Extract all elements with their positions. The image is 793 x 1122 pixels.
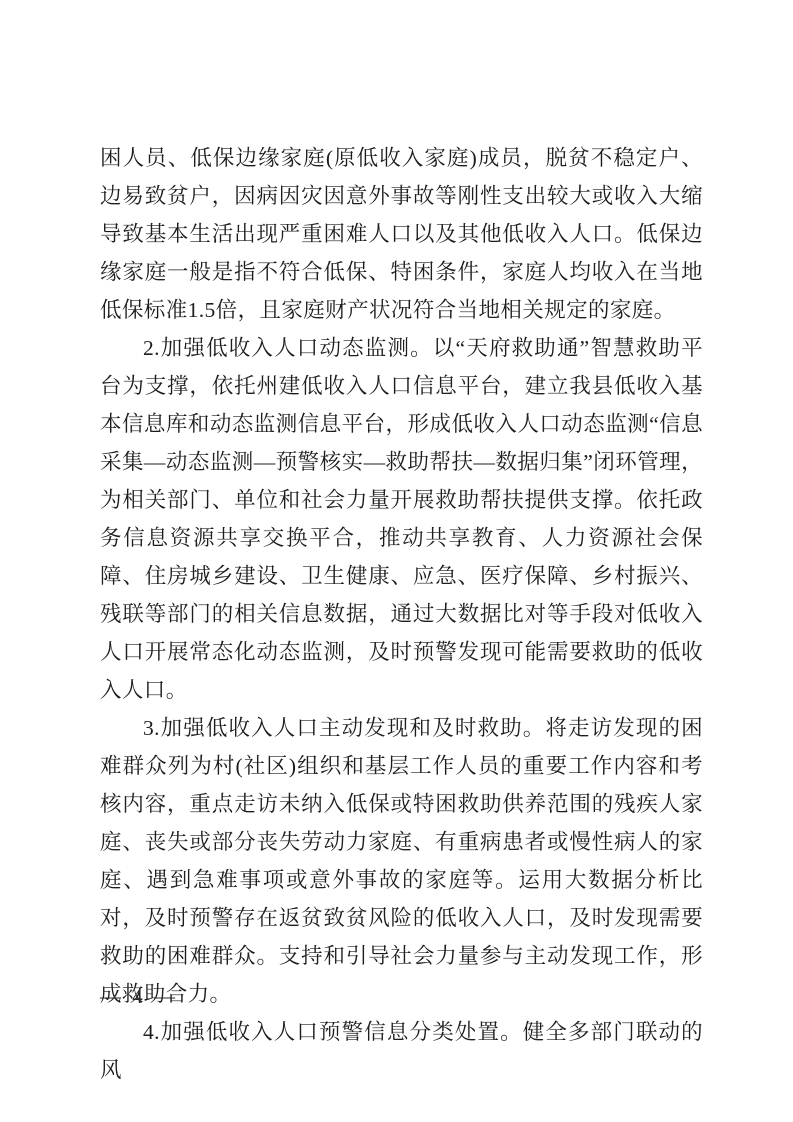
page-footer: — 4 — — [100, 984, 178, 1009]
document-body: 困人员、低保边缘家庭(原低收入家庭)成员，脱贫不稳定户、边易致贫户，因病因灾因意… — [100, 139, 703, 1089]
page-number: — 4 — — [100, 984, 178, 1008]
paragraph-item-2-dynamic-monitoring: 2.加强低收入人口动态监测。以“天府救助通”智慧救助平台为支撑，依托州建低收入人… — [100, 329, 703, 709]
paragraph-item-3-proactive-discovery: 3.加强低收入人口主动发现和及时救助。将走访发现的困难群众列为村(社区)组织和基… — [100, 709, 703, 1013]
paragraph-continuation: 困人员、低保边缘家庭(原低收入家庭)成员，脱贫不稳定户、边易致贫户，因病因灾因意… — [100, 139, 703, 329]
paragraph-item-4-warning-classification: 4.加强低收入人口预警信息分类处置。健全多部门联动的风 — [100, 1013, 703, 1089]
document-page: 困人员、低保边缘家庭(原低收入家庭)成员，脱贫不稳定户、边易致贫户，因病因灾因意… — [0, 0, 793, 1122]
